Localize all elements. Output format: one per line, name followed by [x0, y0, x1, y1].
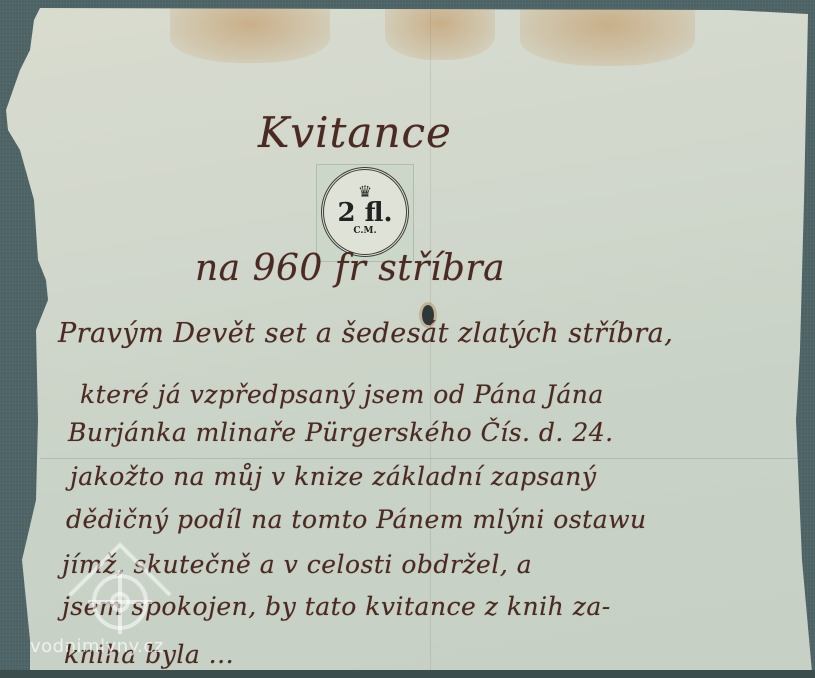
document-title: Kvitance — [258, 108, 452, 157]
document-paper: Kvitance ♛ 2 fl. C.M. na 960 fr stříbra … — [0, 0, 815, 672]
body-line: dědičný podíl na tomto Pánem mlýni ostaw… — [66, 505, 647, 534]
paper-fold-horizontal — [40, 458, 800, 459]
body-line: Burjánka mlinaře Pürgerského Čís. d. 24. — [68, 418, 614, 447]
watermark-text: vodnimlyny.cz — [30, 636, 164, 657]
water-stain — [520, 8, 695, 66]
body-line: které já vzpředpsaný jsem od Pána Jána — [80, 380, 604, 409]
water-stain — [170, 8, 330, 63]
stamp-unit: C.M. — [353, 226, 376, 236]
water-stain — [385, 8, 495, 60]
stamp-value: 2 fl. — [337, 200, 392, 226]
body-line: Pravým Devět set a šedesát zlatých stříb… — [58, 318, 673, 349]
cloth-edge — [0, 670, 815, 678]
amount-line: na 960 fr stříbra — [195, 248, 505, 289]
photo-scene: Kvitance ♛ 2 fl. C.M. na 960 fr stříbra … — [0, 0, 815, 678]
stamp-seal: ♛ 2 fl. C.M. — [321, 167, 409, 257]
body-line: jakožto na můj v knize základní zapsaný — [70, 462, 596, 491]
